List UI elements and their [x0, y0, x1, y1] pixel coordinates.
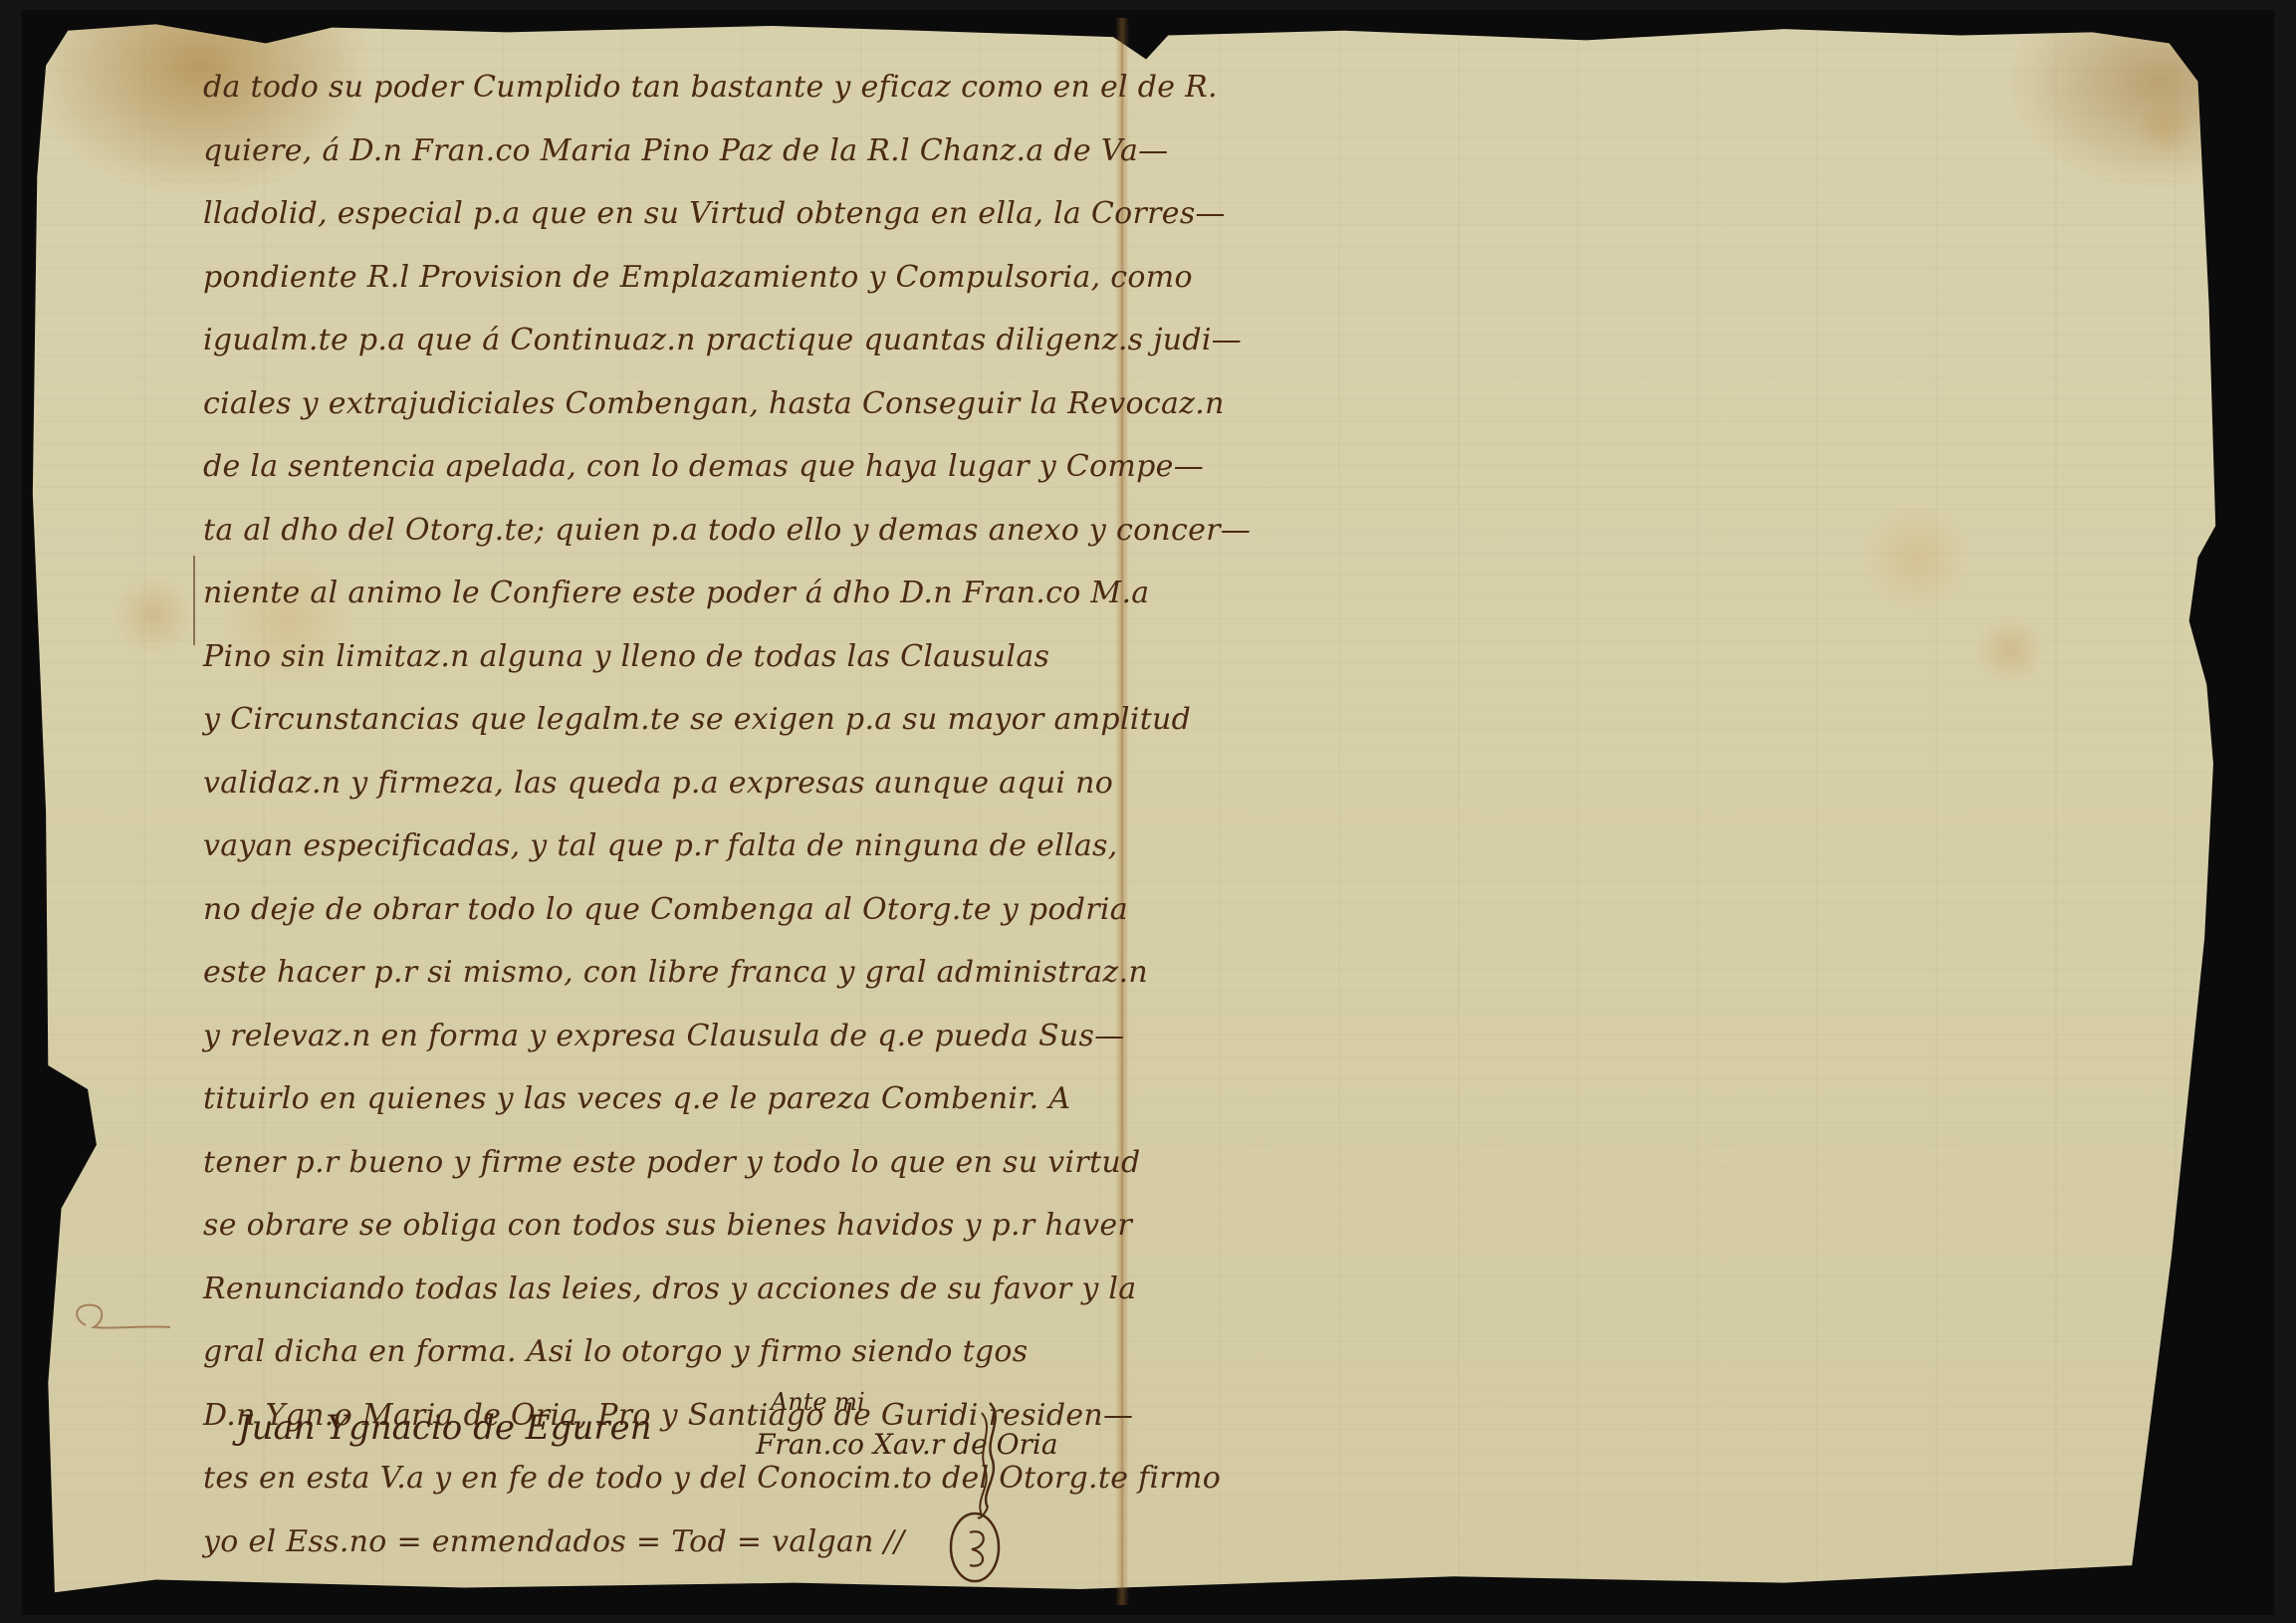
- text-line: niente al animo le Confiere este poder á…: [203, 562, 1109, 625]
- text-line: igualm.te p.a que á Continuaz.n practiqu…: [203, 309, 1109, 372]
- text-line: y Circunstancias que legalm.te se exigen…: [203, 688, 1109, 752]
- text-line: lladolid, especial p.a que en su Virtud …: [203, 182, 1109, 246]
- text-line: este hacer p.r si mismo, con libre franc…: [203, 941, 1109, 1005]
- text-line: se obrare se obliga con todos sus bienes…: [203, 1194, 1109, 1258]
- text-line: ta al dho del Otorg.te; quien p.a todo e…: [203, 499, 1109, 563]
- text-line: y relevaz.n en forma y expresa Clausula …: [203, 1005, 1109, 1068]
- text-line: tituirlo en quienes y las veces q.e le p…: [203, 1067, 1109, 1131]
- notary-heading: Ante mi: [771, 1388, 865, 1416]
- text-line: ciales y extrajudiciales Combengan, hast…: [203, 372, 1109, 436]
- notary-rubric-icon: [930, 1398, 1049, 1587]
- margin-flourish-icon: [66, 1297, 175, 1337]
- text-line: de la sentencia apelada, con lo demas qu…: [203, 435, 1109, 499]
- signature-block: Juan Ygnacio de Eguren Ante mi Fran.co X…: [213, 1398, 1109, 1597]
- text-line: Renunciando todas las leies, dros y acci…: [203, 1258, 1109, 1321]
- text-line: quiere, á D.n Fran.co Maria Pino Paz de …: [203, 119, 1109, 183]
- text-line: tener p.r bueno y firme este poder y tod…: [203, 1131, 1109, 1195]
- text-line: pondiente R.l Provision de Emplazamiento…: [203, 246, 1109, 310]
- text-line: Pino sin limitaz.n alguna y lleno de tod…: [203, 625, 1109, 689]
- right-page: [1129, 18, 2224, 1605]
- text-line: vayan especificadas, y tal que p.r falta…: [203, 814, 1109, 878]
- manuscript-text: da todo su poder Cumplido tan bastante y…: [203, 56, 1109, 1573]
- margin-mark: [193, 556, 199, 645]
- left-page: da todo su poder Cumplido tan bastante y…: [24, 18, 1124, 1605]
- text-line: validaz.n y firmeza, las queda p.a expre…: [203, 752, 1109, 815]
- grantor-signature: Juan Ygnacio de Eguren: [238, 1408, 652, 1448]
- text-line: no deje de obrar todo lo que Combenga al…: [203, 878, 1109, 942]
- text-line: da todo su poder Cumplido tan bastante y…: [203, 56, 1109, 119]
- document-viewer: da todo su poder Cumplido tan bastante y…: [0, 0, 2296, 1623]
- text-line: gral dicha en forma. Asi lo otorgo y fir…: [203, 1320, 1109, 1384]
